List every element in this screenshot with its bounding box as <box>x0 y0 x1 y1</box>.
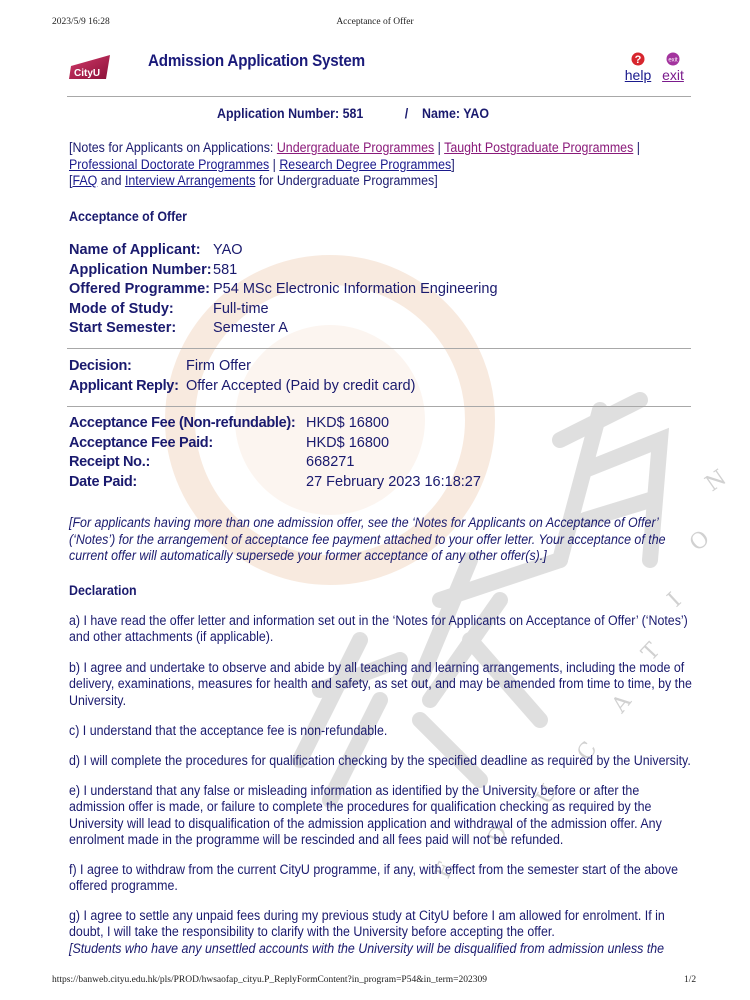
help-link[interactable]: help <box>625 67 651 83</box>
applicant-reply-row: Applicant Reply:Offer Accepted (Paid by … <box>69 377 415 397</box>
declaration-item-c: c) I understand that the acceptance fee … <box>69 723 695 739</box>
payment-row-fee: Acceptance Fee (Non-refundable):HKD$ 168… <box>69 414 481 434</box>
link-undergraduate-programmes[interactable]: Undergraduate Programmes <box>277 140 434 155</box>
decision-label: Decision: <box>69 357 186 377</box>
detail-row-mode: Mode of Study:Full-time <box>69 300 498 320</box>
name-value: YAO <box>463 106 489 121</box>
declaration-item-d: d) I will complete the procedures for qu… <box>69 753 695 769</box>
payment-details: Acceptance Fee (Non-refundable):HKD$ 168… <box>69 414 481 492</box>
detail-value: Full-time <box>213 300 269 320</box>
detail-value: YAO <box>213 241 243 261</box>
link-faq[interactable]: FAQ <box>72 173 97 188</box>
page-content: CityU Admission Application System ? hel… <box>0 0 750 1000</box>
declaration-item-g-text: g) I agree to settle any unpaid fees dur… <box>69 908 665 939</box>
decision-row: Decision:Firm Offer <box>69 357 415 377</box>
declaration-item-g: g) I agree to settle any unpaid fees dur… <box>69 908 695 957</box>
detail-value: P54 MSc Electronic Information Engineeri… <box>213 280 498 300</box>
payment-label: Date Paid: <box>69 473 306 493</box>
multi-offer-note: [For applicants having more than one adm… <box>69 515 695 565</box>
exit-link[interactable]: exit <box>662 67 684 83</box>
reply-label: Applicant Reply: <box>69 377 186 397</box>
payment-value: 27 February 2023 16:18:27 <box>306 473 481 493</box>
payment-row-fee-paid: Acceptance Fee Paid:HKD$ 16800 <box>69 434 481 454</box>
svg-text:?: ? <box>635 54 642 66</box>
link-professional-doctorate-programmes[interactable]: Professional Doctorate Programmes <box>69 157 269 172</box>
payment-label: Receipt No.: <box>69 453 306 473</box>
app-number-value: 581 <box>343 106 364 121</box>
notes-separator: | <box>269 157 279 172</box>
notes-separator: | <box>434 140 444 155</box>
notes-and: and <box>97 173 125 188</box>
divider <box>67 348 691 349</box>
reply-value: Offer Accepted (Paid by credit card) <box>186 377 415 397</box>
declaration-item-a: a) I have read the offer letter and info… <box>69 613 695 646</box>
exit-link-group[interactable]: exit exit <box>658 52 688 85</box>
detail-label: Offered Programme: <box>69 280 213 300</box>
name-label: Name: <box>422 106 460 121</box>
link-research-degree-programmes[interactable]: Research Degree Programmes <box>279 157 451 172</box>
divider <box>67 406 691 407</box>
payment-value: 668271 <box>306 453 354 473</box>
declaration-item-e: e) I understand that any false or mislea… <box>69 783 695 849</box>
detail-row-application-number: Application Number:581 <box>69 261 498 281</box>
question-mark-icon[interactable]: ? <box>631 52 645 66</box>
payment-row-receipt: Receipt No.:668271 <box>69 453 481 473</box>
application-summary-line: Application Number: 581 / Name: YAO <box>217 106 489 121</box>
payment-value: HKD$ 16800 <box>306 434 389 454</box>
declaration-item-f: f) I agree to withdraw from the current … <box>69 862 695 895</box>
notes-suffix: ] <box>451 157 454 172</box>
detail-label: Name of Applicant: <box>69 241 213 261</box>
payment-row-date: Date Paid:27 February 2023 16:18:27 <box>69 473 481 493</box>
detail-label: Mode of Study: <box>69 300 213 320</box>
applicant-details: Name of Applicant:YAO Application Number… <box>69 241 498 339</box>
payment-value: HKD$ 16800 <box>306 414 389 434</box>
exit-badge-icon[interactable]: exit <box>666 52 680 66</box>
separator: / <box>405 106 408 121</box>
detail-row-name: Name of Applicant:YAO <box>69 241 498 261</box>
app-number-label: Application Number: <box>217 106 339 121</box>
link-interview-arrangements[interactable]: Interview Arrangements <box>125 173 255 188</box>
declaration-title: Declaration <box>69 583 137 598</box>
detail-value: Semester A <box>213 319 288 339</box>
header-divider <box>67 96 691 97</box>
detail-value: 581 <box>213 261 237 281</box>
programme-notes: [Notes for Applicants on Applications: U… <box>69 140 695 190</box>
detail-label: Application Number: <box>69 261 213 281</box>
svg-text:CityU: CityU <box>74 68 100 79</box>
cityu-logo: CityU <box>68 54 112 80</box>
notes-line2-suffix: for Undergraduate Programmes] <box>255 173 437 188</box>
payment-label: Acceptance Fee Paid: <box>69 434 306 454</box>
detail-label: Start Semester: <box>69 319 213 339</box>
declaration-item-g-note: [Students who have any unsettled account… <box>69 941 695 957</box>
help-link-group[interactable]: ? help <box>623 52 653 85</box>
svg-text:exit: exit <box>668 58 678 64</box>
notes-separator: | <box>633 140 640 155</box>
app-title: Admission Application System <box>148 52 365 71</box>
decision-details: Decision:Firm Offer Applicant Reply:Offe… <box>69 357 415 396</box>
decision-value: Firm Offer <box>186 357 251 377</box>
notes-prefix: [Notes for Applicants on Applications: <box>69 140 277 155</box>
detail-row-semester: Start Semester:Semester A <box>69 319 498 339</box>
payment-label: Acceptance Fee (Non-refundable): <box>69 414 306 434</box>
link-taught-postgraduate-programmes[interactable]: Taught Postgraduate Programmes <box>444 140 633 155</box>
acceptance-section-title: Acceptance of Offer <box>69 209 187 224</box>
detail-row-programme: Offered Programme:P54 MSc Electronic Inf… <box>69 280 498 300</box>
declaration-item-b: b) I agree and undertake to observe and … <box>69 660 695 709</box>
